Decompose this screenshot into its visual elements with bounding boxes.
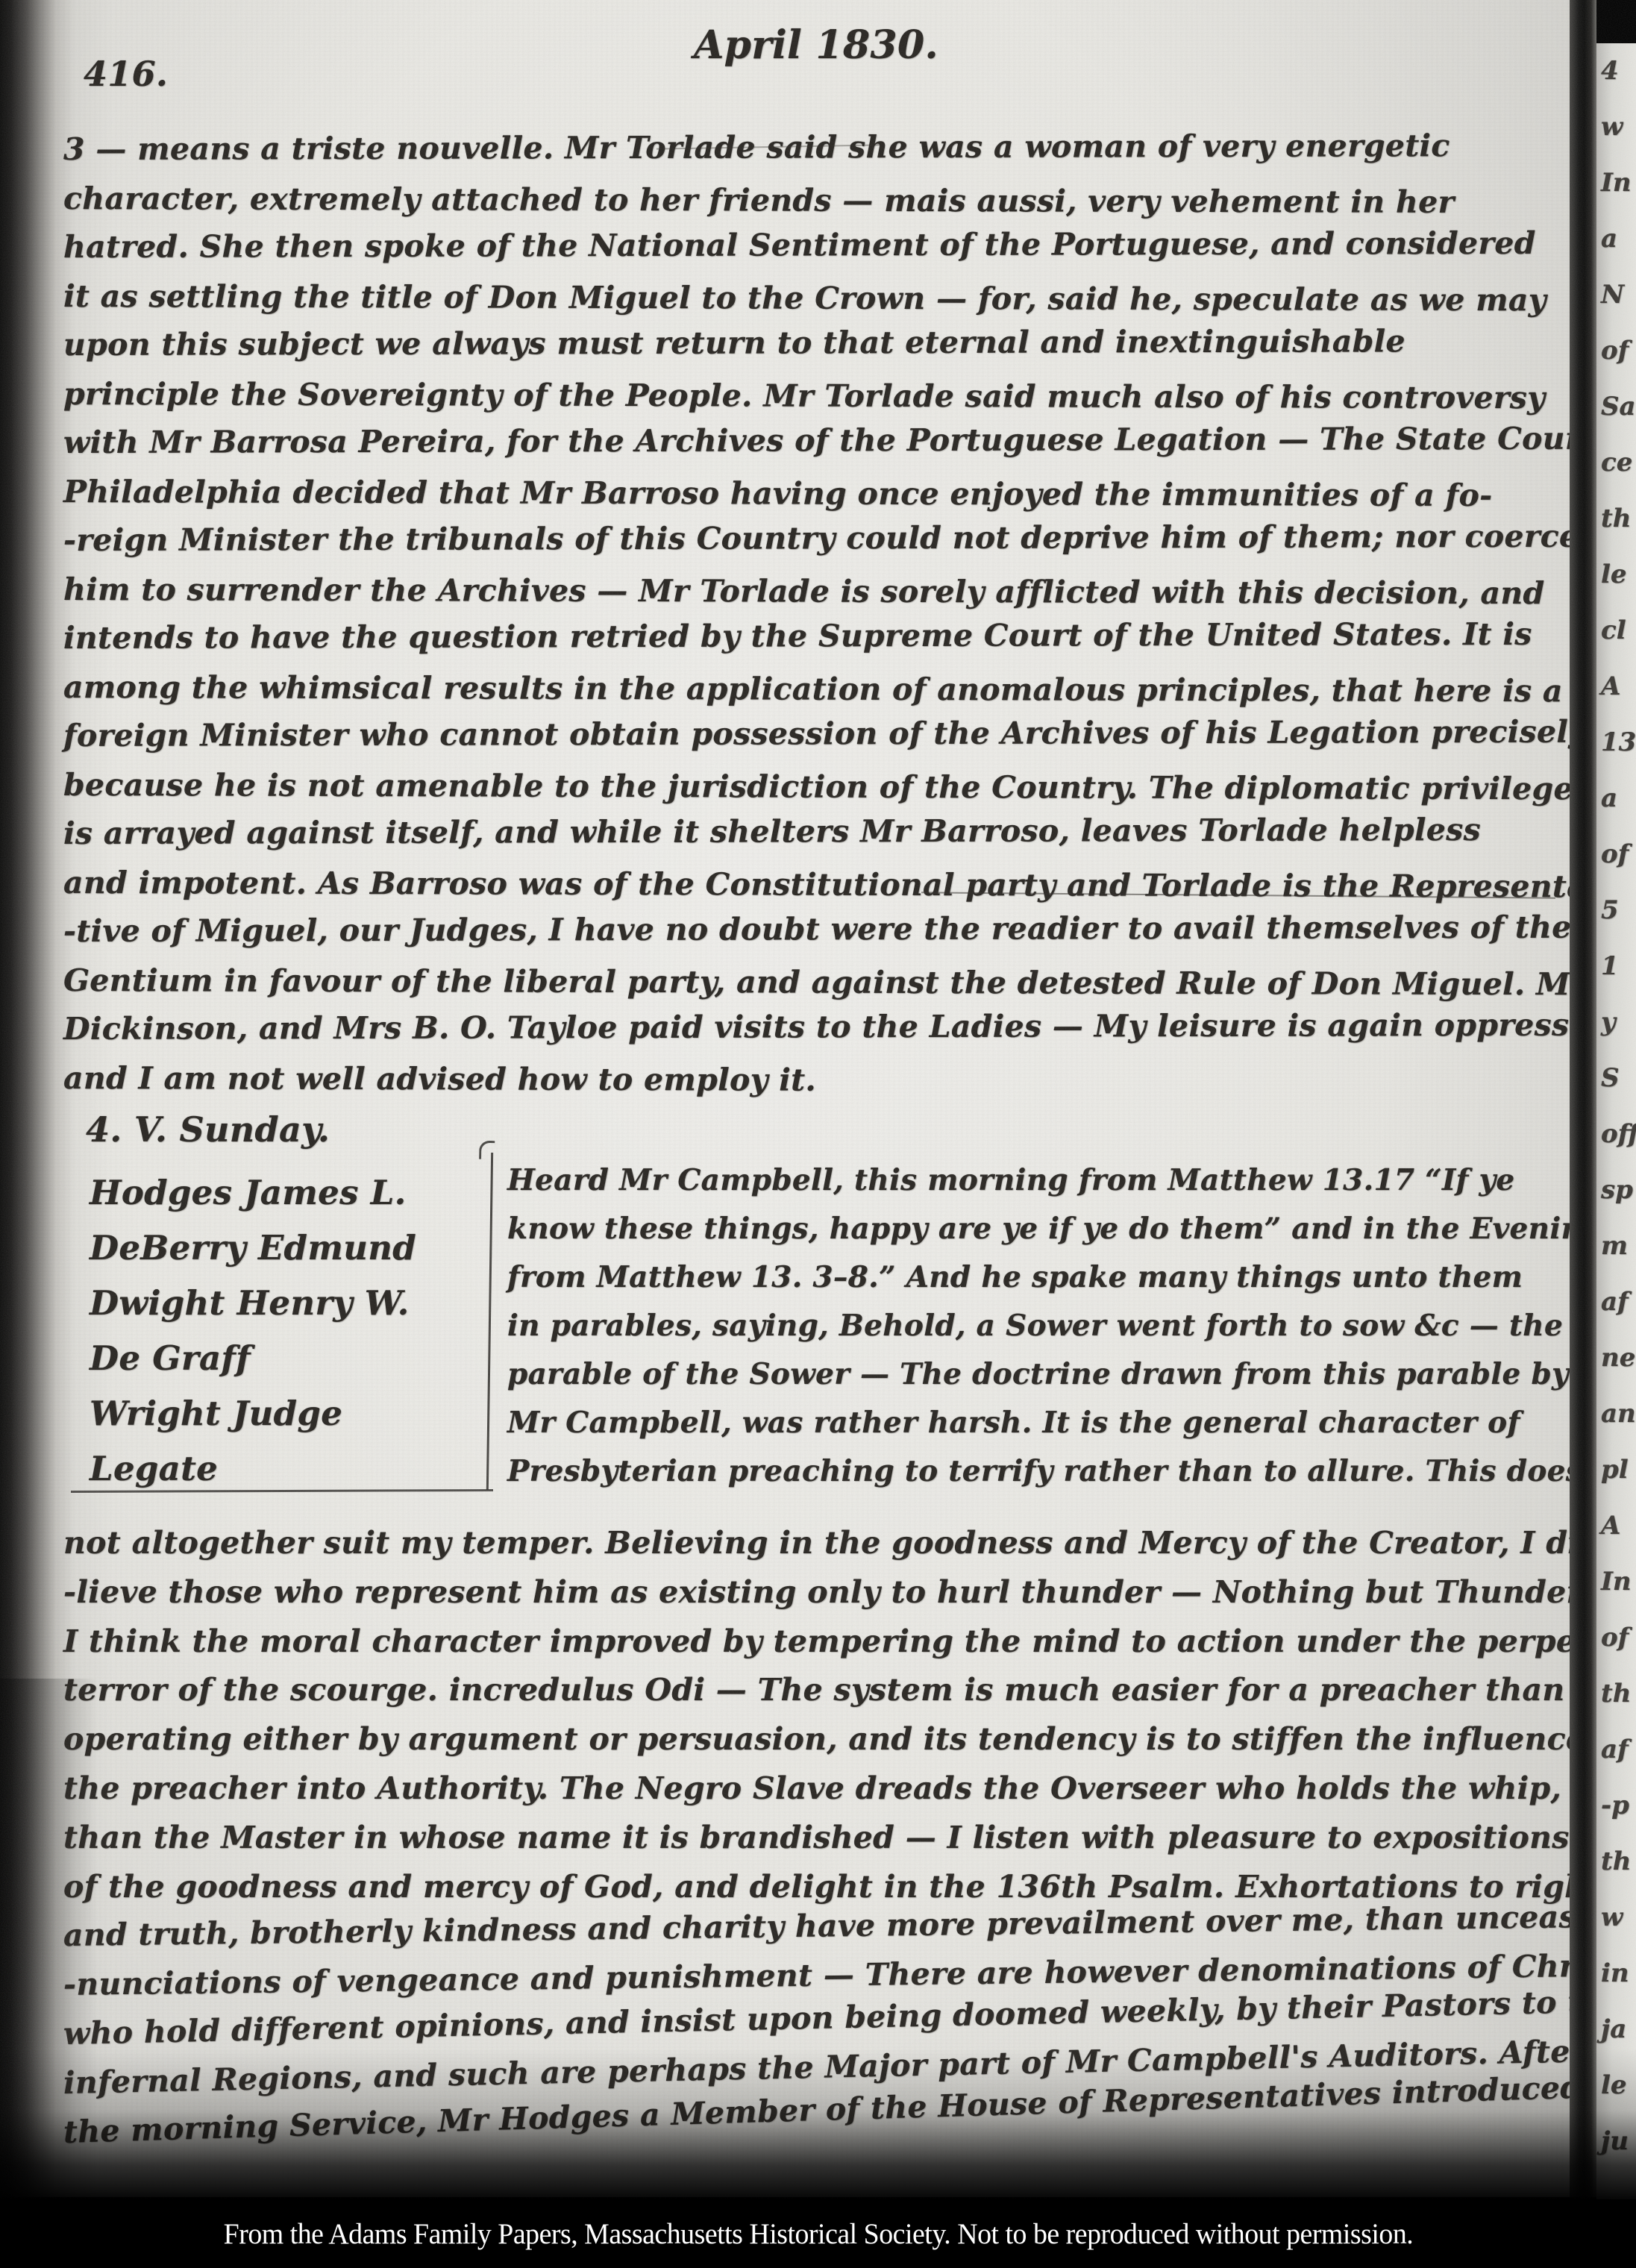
credit-banner: From the Adams Family Papers, Massachuse… — [0, 2199, 1636, 2268]
manuscript-line: hatred. She then spoke of the National S… — [63, 219, 1636, 272]
facing-page-text-fragment: af — [1596, 1274, 1636, 1330]
facing-page-text-fragment: sp — [1596, 1162, 1636, 1218]
facing-page-text-fragment: A — [1596, 1498, 1636, 1554]
diary-page-scan: 416. April 1830. 3 — means a triste nouv… — [0, 0, 1570, 2197]
manuscript-line: -reign Minister the tribunals of this Co… — [63, 512, 1636, 565]
facing-page-text-fragment: w — [1596, 1890, 1636, 1946]
manuscript-line: terror of the scourge. incredulus Odi — … — [63, 1666, 1636, 1715]
facing-page-text-fragment: pl — [1596, 1442, 1636, 1498]
diary-continuation-text: not altogether suit my temper. Believing… — [63, 1519, 1636, 2157]
margin-bracket-line — [486, 1153, 493, 1490]
facing-page-text-fragment: le — [1596, 547, 1636, 603]
page-number: 416. — [84, 54, 168, 94]
manuscript-line: the preacher into Authority. The Negro S… — [63, 1764, 1636, 1814]
facing-page-edge: 4wInaNofSacethleclA13aof51ySoffspmafnean… — [1596, 43, 1636, 2199]
book-gutter-shadow — [1570, 0, 1596, 2197]
facing-page-text-fragment: cl — [1596, 603, 1636, 659]
manuscript-line: Presbyterian preaching to terrify rather… — [507, 1447, 1603, 1496]
manuscript-line: with Mr Barrosa Pereira, for the Archive… — [63, 414, 1636, 467]
facing-page-text-fragment: N — [1596, 267, 1636, 323]
facing-page-text-fragment: ne — [1596, 1330, 1636, 1386]
facing-page-text-fragment: 13 — [1596, 715, 1636, 771]
facing-page-text-fragment: ju — [1596, 2114, 1636, 2170]
manuscript-line: operating either by argument or persuasi… — [63, 1715, 1636, 1764]
facing-page-text-fragment: In — [1596, 155, 1636, 211]
facing-page-text-fragment: w — [1596, 99, 1636, 155]
manuscript-line: I think the moral character improved by … — [63, 1617, 1636, 1667]
visitor-name: Hodges James L. — [90, 1165, 416, 1221]
facing-page-text-fragment: an — [1596, 1386, 1636, 1442]
facing-page-text-fragment: A — [1596, 659, 1636, 715]
manuscript-line: intends to have the question retried by … — [63, 610, 1636, 662]
manuscript-line: -tive of Miguel, our Judges, I have no d… — [63, 903, 1636, 956]
facing-page-text-fragment: -p — [1596, 1778, 1636, 1834]
manuscript-line: Dickinson, and Mrs B. O. Tayloe paid vis… — [63, 1000, 1636, 1053]
facing-page-text-fragment: S — [1596, 1050, 1636, 1106]
visitor-name: DeBerry Edmund — [90, 1221, 416, 1276]
visitor-name: Wright Judge — [90, 1386, 416, 1441]
manuscript-line: know these things, happy are ye if ye do… — [507, 1205, 1603, 1253]
facing-page-text-fragment: ce — [1596, 435, 1636, 491]
entry-date-heading: 4. V. Sunday. — [86, 1109, 330, 1150]
facing-page-text-fragment: af — [1596, 1722, 1636, 1778]
manuscript-line: Mr Campbell, was rather harsh. It is the… — [507, 1399, 1603, 1447]
visitor-names-list: Hodges James L.DeBerry EdmundDwight Henr… — [90, 1165, 416, 1497]
facing-page-text-fragment: m — [1596, 1218, 1636, 1274]
facing-page-text-fragment: th — [1596, 491, 1636, 547]
facing-page-text-fragment: Sa — [1596, 379, 1636, 435]
manuscript-line: from Matthew 13. 3–8.” And he spake many… — [507, 1253, 1603, 1302]
facing-page-text-fragment: le — [1596, 2058, 1636, 2114]
facing-page-text-fragment: a — [1596, 211, 1636, 267]
facing-page-text-fragment: y — [1596, 994, 1636, 1050]
facing-page-text-fragment: 5 — [1596, 883, 1636, 939]
manuscript-line: in parables, saying, Behold, a Sower wen… — [507, 1302, 1603, 1350]
manuscript-line: parable of the Sower — The doctrine draw… — [507, 1350, 1603, 1399]
visitor-name: Dwight Henry W. — [90, 1276, 416, 1331]
facing-page-text-fragment: a — [1596, 771, 1636, 827]
date-heading: April 1830. — [694, 22, 938, 68]
facing-page-text-fragment: of — [1596, 827, 1636, 883]
facing-page-text-fragment: th — [1596, 1834, 1636, 1890]
facing-page-text-fragment: off — [1596, 1106, 1636, 1162]
visitor-name: De Graff — [90, 1331, 416, 1386]
manuscript-line: not altogether suit my temper. Believing… — [63, 1519, 1636, 1568]
facing-page-text-fragment: 1 — [1596, 939, 1636, 994]
manuscript-line: than the Master in whose name it is bran… — [63, 1814, 1636, 1863]
diary-main-text: 3 — means a triste nouvelle. Mr Torlade … — [63, 125, 1636, 1103]
manuscript-line: foreign Minister who cannot obtain posse… — [63, 707, 1636, 760]
manuscript-line: and I am not well advised how to employ … — [63, 1054, 1636, 1107]
facing-page-text-fragment: th — [1596, 1666, 1636, 1722]
manuscript-line: is arrayed against itself, and while it … — [63, 805, 1636, 858]
manuscript-line: 3 — means a triste nouvelle. Mr Torlade … — [63, 121, 1636, 174]
facing-page-text-fragment: of — [1596, 323, 1636, 379]
manuscript-line: Heard Mr Campbell, this morning from Mat… — [507, 1156, 1603, 1205]
facing-page-text-fragment: 4 — [1596, 43, 1636, 99]
manuscript-line: upon this subject we always must return … — [63, 316, 1636, 369]
sermon-paragraph: Heard Mr Campbell, this morning from Mat… — [507, 1156, 1603, 1496]
manuscript-line: -lieve those who represent him as existi… — [63, 1568, 1636, 1617]
facing-page-text-fragment: ja — [1596, 2002, 1636, 2058]
facing-page-text-fragment: in — [1596, 1946, 1636, 2002]
facing-page-text-fragment: In — [1596, 1554, 1636, 1610]
visitor-name: Legate — [90, 1441, 416, 1497]
credit-text: From the Adams Family Papers, Massachuse… — [223, 2217, 1413, 2251]
facing-page-text-fragment: of — [1596, 1610, 1636, 1666]
